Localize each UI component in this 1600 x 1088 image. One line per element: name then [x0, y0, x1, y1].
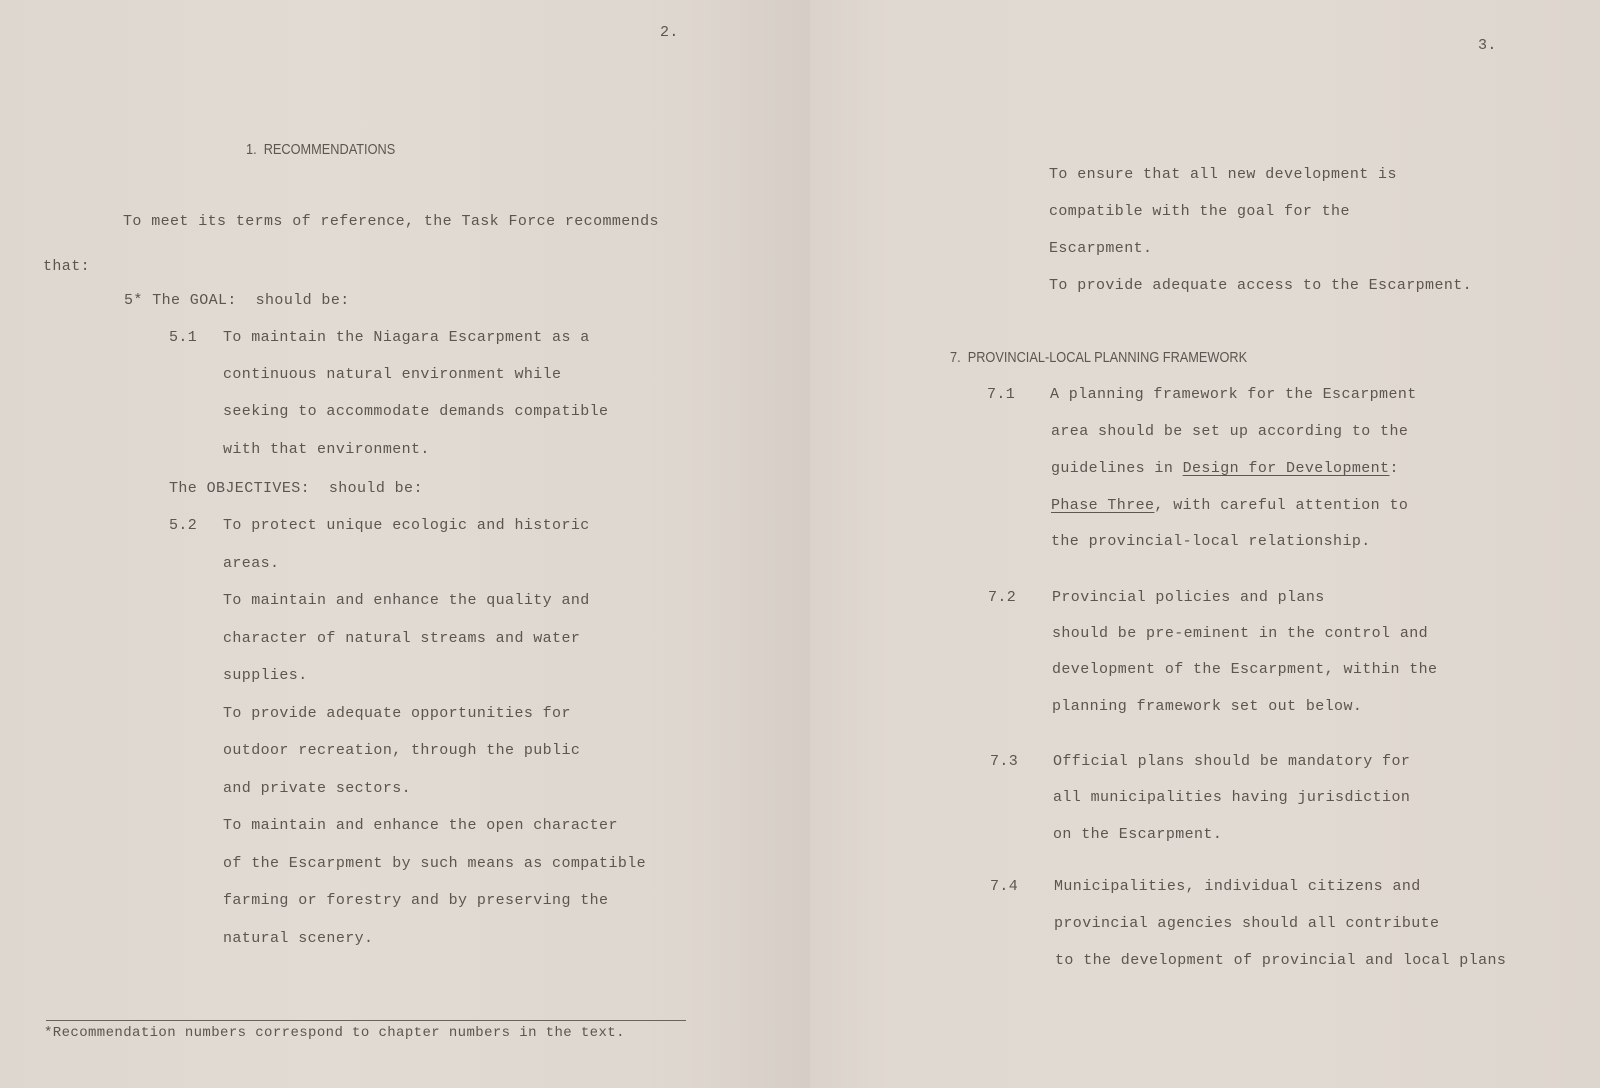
page-number: 2.: [660, 24, 679, 41]
item-number: 7.1: [987, 386, 1015, 403]
page-3: 3. To ensure that all new development is…: [810, 0, 1600, 1088]
item-5-1-line: To maintain the Niagara Escarpment as a: [223, 329, 590, 346]
item-7-4-line: provincial agencies should all contribut…: [1054, 915, 1439, 932]
item-5-2-line: To protect unique ecologic and historic: [223, 517, 590, 534]
section-heading: 7. PROVINCIAL-LOCAL PLANNING FRAMEWORK: [950, 349, 1247, 366]
publication-title: Design for Development: [1183, 460, 1390, 477]
item-7-2-line: Provincial policies and plans: [1052, 589, 1325, 606]
item-5-2-line: farming or forestry and by preserving th…: [223, 892, 608, 909]
item-7-1-line: the provincial-local relationship.: [1051, 533, 1371, 550]
intro-text: To meet its terms of reference, the Task…: [123, 213, 659, 230]
item-5-2-line: supplies.: [223, 667, 308, 684]
item-7-3-line: on the Escarpment.: [1053, 826, 1222, 843]
item-7-1-line: A planning framework for the Escarpment: [1050, 386, 1417, 403]
continued-line: Escarpment.: [1049, 240, 1152, 257]
item-5-2-line: of the Escarpment by such means as compa…: [223, 855, 646, 872]
item-7-1-line: guidelines in Design for Development:: [1051, 460, 1399, 477]
footnote: *Recommendation numbers correspond to ch…: [44, 1025, 625, 1041]
item-7-3-line: Official plans should be mandatory for: [1053, 753, 1410, 770]
item-7-2-line: development of the Escarpment, within th…: [1052, 661, 1437, 678]
item-5-2-line: and private sectors.: [223, 780, 411, 797]
continued-line: compatible with the goal for the: [1049, 203, 1350, 220]
item-number: 7.3: [990, 753, 1018, 770]
page-2: 2. 1. RECOMMENDATIONS To meet its terms …: [0, 0, 810, 1088]
continued-line: To ensure that all new development is: [1049, 166, 1397, 183]
item-5-1-line: continuous natural environment while: [223, 366, 561, 383]
item-number: 7.2: [988, 589, 1016, 606]
item-5-2-line: natural scenery.: [223, 930, 373, 947]
text-fragment: :: [1389, 460, 1398, 477]
item-5-2-line: To maintain and enhance the open charact…: [223, 817, 618, 834]
goal-heading: 5* The GOAL: should be:: [124, 292, 350, 309]
item-7-1-line: area should be set up according to the: [1051, 423, 1408, 440]
page-number: 3.: [1478, 37, 1497, 54]
item-number: 7.4: [990, 878, 1018, 895]
footnote-rule: [46, 1020, 686, 1021]
item-number: 5.2: [169, 517, 197, 534]
publication-subtitle: Phase Three: [1051, 497, 1154, 514]
item-7-1-line: Phase Three, with careful attention to: [1051, 497, 1408, 514]
item-7-3-line: all municipalities having jurisdiction: [1053, 789, 1410, 806]
item-5-2-line: areas.: [223, 555, 279, 572]
item-5-2-line: To provide adequate opportunities for: [223, 705, 571, 722]
item-number: 5.1: [169, 329, 197, 346]
item-5-1-line: with that environment.: [223, 441, 430, 458]
objectives-heading: The OBJECTIVES: should be:: [169, 480, 423, 497]
item-5-1-line: seeking to accommodate demands compatibl…: [223, 403, 608, 420]
item-5-2-line: To maintain and enhance the quality and: [223, 592, 590, 609]
item-7-2-line: planning framework set out below.: [1052, 698, 1362, 715]
document-spread: 2. 1. RECOMMENDATIONS To meet its terms …: [0, 0, 1600, 1088]
item-7-4-line: to the development of provincial and loc…: [1055, 952, 1506, 969]
item-7-4-line: Municipalities, individual citizens and: [1054, 878, 1421, 895]
item-7-2-line: should be pre-eminent in the control and: [1052, 625, 1428, 642]
section-heading: 1. RECOMMENDATIONS: [246, 141, 395, 158]
text-fragment: guidelines in: [1051, 460, 1183, 477]
item-5-2-line: outdoor recreation, through the public: [223, 742, 580, 759]
continued-line: To provide adequate access to the Escarp…: [1049, 277, 1472, 294]
item-5-2-line: character of natural streams and water: [223, 630, 580, 647]
intro-text-continued: that:: [43, 258, 90, 275]
text-fragment: , with careful attention to: [1154, 497, 1408, 514]
